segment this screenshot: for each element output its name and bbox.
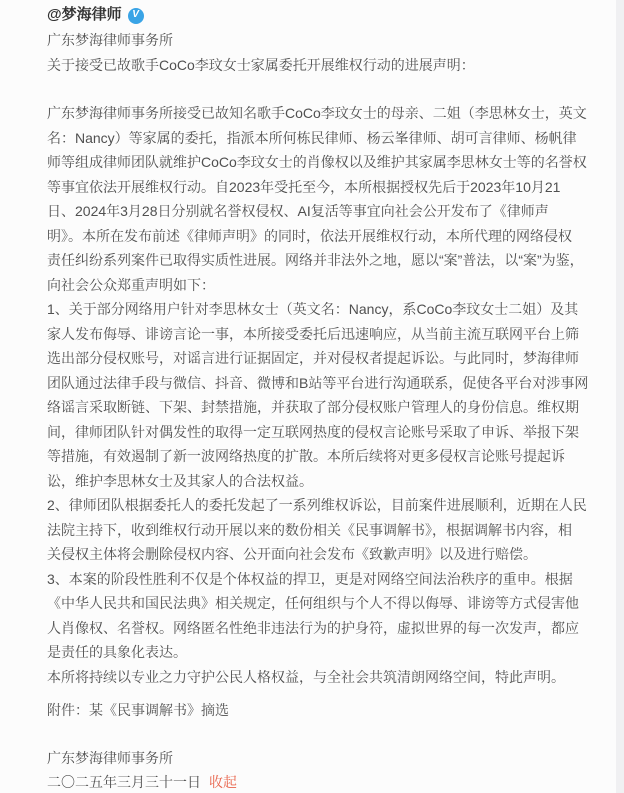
post-header: @梦海律师 V — [47, 3, 610, 28]
signature-date-line: 二〇二五年三月三十一日收起 — [47, 770, 610, 793]
statement-paragraph-closing: 本所将持续以专业之力守护公民人格权益，与全社会共筑清朗网络空间，特此声明。 — [47, 665, 610, 690]
signature-firm: 广东梦海律师事务所 — [47, 746, 610, 771]
statement-paragraph-item-2: 2、律师团队根据委托人的委托发起了一系列维权诉讼，目前案件进展顺利，近期在人民 … — [47, 493, 610, 567]
attachment-note: 附件：某《民事调解书》摘选 — [47, 698, 610, 723]
statement-paragraph-intro: 广东梦海律师事务所接受已故知名歌手CoCo李玟女士的母亲、二姐（李思林女士，英文… — [47, 101, 610, 297]
firm-name-line: 广东梦海律师事务所 — [47, 28, 610, 53]
statement-title: 关于接受已故歌手CoCo李玟女士家属委托开展维权行动的进展声明： — [47, 53, 610, 78]
page-edge-strip — [616, 0, 624, 793]
signature-date: 二〇二五年三月三十一日 — [47, 774, 201, 790]
statement-paragraph-item-1: 1、关于部分网络用户针对李思林女士（英文名：Nancy，系CoCo李玟女士二姐）… — [47, 297, 610, 493]
statement-text: 广东梦海律师事务所接受已故知名歌手CoCo李玟女士的母亲、二姐（李思林女士，英文… — [47, 101, 610, 689]
collapse-link[interactable]: 收起 — [209, 774, 237, 790]
statement-paragraph-item-3: 3、本案的阶段性胜利不仅是个体权益的捍卫，更是对网络空间法治秩序的重申。根据 《… — [47, 567, 610, 665]
post-body: @梦海律师 V 广东梦海律师事务所 关于接受已故歌手CoCo李玟女士家属委托开展… — [0, 0, 624, 793]
author-username[interactable]: @梦海律师 — [47, 3, 122, 28]
verified-badge-icon: V — [128, 8, 144, 24]
